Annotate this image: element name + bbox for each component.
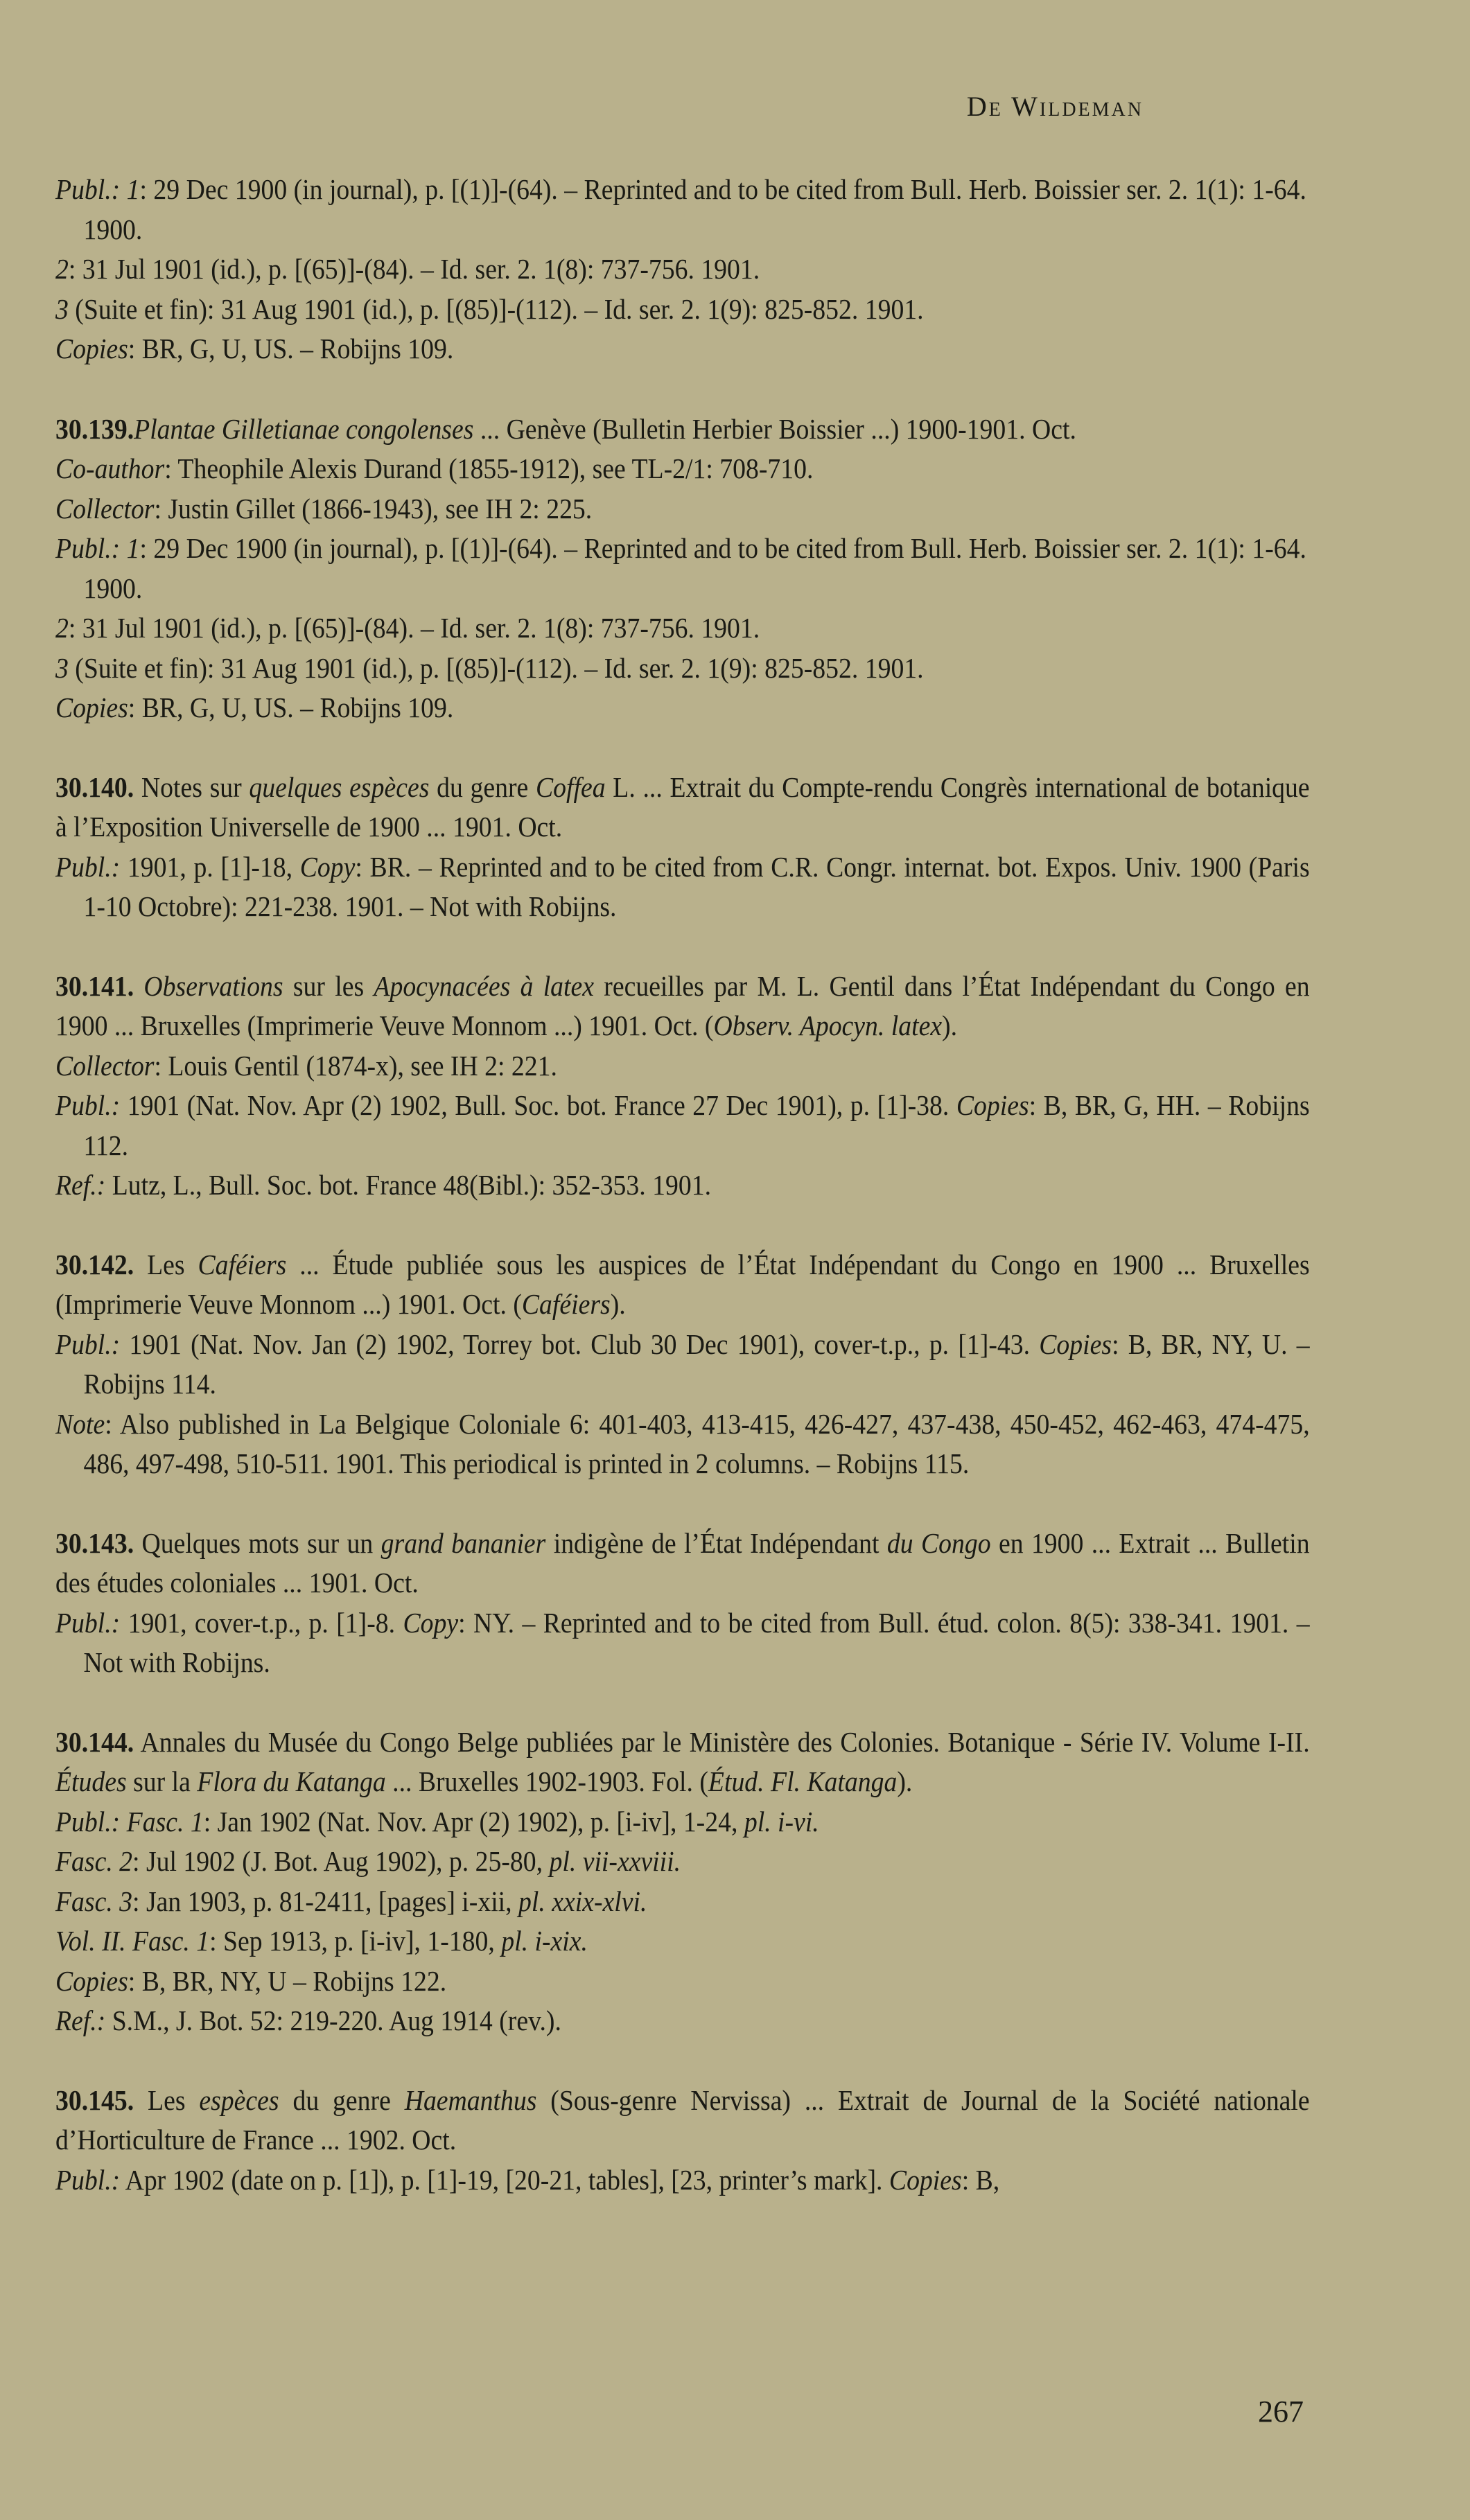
entry-title: 30.143. Quelques mots sur un grand banan… (55, 1524, 1310, 1603)
title-text: du genre (279, 2084, 405, 2116)
fasc-label: Fasc. 1 (127, 1806, 204, 1838)
entry-30-143: 30.143. Quelques mots sur un grand banan… (55, 1524, 1310, 1683)
collector-text: : Justin Gillet (1866-1943), see IH 2: 2… (154, 493, 592, 525)
entry-30-139: 30.139.Plantae Gilletianae congolenses .… (55, 409, 1310, 728)
publ-line-3: 3 (Suite et fin): 31 Aug 1901 (id.), p. … (55, 649, 1310, 689)
copies-label: Copies (956, 1089, 1029, 1121)
genus-italic: Haemanthus (405, 2084, 537, 2116)
title-text: Notes sur (134, 771, 249, 803)
publ-text: : 29 Dec 1900 (in journal), p. [(1)]-(64… (83, 173, 1306, 245)
publ-label: Publ.: (55, 2164, 120, 2196)
title-text: sur les (283, 970, 374, 1002)
copy-label: Copy (403, 1607, 458, 1639)
publ-text: : 31 Jul 1901 (id.), p. [(65)]-(84). – I… (69, 612, 760, 644)
fasc-text: : Jan 1902 (Nat. Nov. Apr (2) 1902), p. … (204, 1806, 744, 1838)
title-italic: quelques espèces (249, 771, 429, 803)
publ-text: (Suite et fin): 31 Aug 1901 (id.), p. [(… (69, 652, 924, 684)
note-label: Note (55, 1408, 105, 1440)
entry-number: 30.139. (55, 413, 134, 445)
coauthor-text: : Theophile Alexis Durand (1855-1912), s… (164, 452, 813, 484)
publ-line-3: 3 (Suite et fin): 31 Aug 1901 (id.), p. … (55, 290, 1310, 330)
publ-label: Publ.: (55, 532, 120, 564)
title-text: indigène de l’État Indépendant (545, 1527, 887, 1559)
vol-label: 1 (127, 173, 140, 205)
title-text: ). (611, 1288, 626, 1320)
ref-line: Ref.: Lutz, L., Bull. Soc. bot. France 4… (55, 1165, 1310, 1206)
title-text: sur la (127, 1765, 198, 1797)
plates-italic: pl. xxix-xlvi. (518, 1885, 647, 1917)
publ-text: Apr 1902 (date on p. [1]), p. [1]-19, [2… (120, 2164, 889, 2196)
copies-text: : BR, G, U, US. – Robijns 109. (128, 333, 453, 364)
entry-continuation: Publ.: 1: 29 Dec 1900 (in journal), p. [… (55, 170, 1310, 369)
copies-text: : B, BR, NY, U – Robijns 122. (128, 1965, 446, 1997)
publ-text: : B, (962, 2164, 1000, 2196)
entry-title: 30.139.Plantae Gilletianae congolenses .… (55, 409, 1310, 450)
copies-label: Copies (55, 333, 128, 364)
entry-title: 30.141. Observations sur les Apocynacées… (55, 967, 1310, 1046)
publ-line: Publ.: 1: 29 Dec 1900 (in journal), p. [… (55, 170, 1310, 249)
fasc-label: Fasc. 2 (55, 1845, 132, 1877)
collector-text: : Louis Gentil (1874-x), see IH 2: 221. (154, 1050, 557, 1082)
fasc2-line: Fasc. 2: Jul 1902 (J. Bot. Aug 1902), p.… (55, 1842, 1310, 1882)
vol-label: 2 (55, 612, 69, 644)
title-italic: Caféiers (198, 1249, 287, 1280)
ref-text: Lutz, L., Bull. Soc. bot. France 48(Bibl… (105, 1169, 711, 1201)
entry-30-145: 30.145. Les espèces du genre Haemanthus … (55, 2081, 1310, 2201)
title-text: ... Bruxelles 1902-1903. Fol. ( (386, 1765, 708, 1797)
publ-text: (Suite et fin): 31 Aug 1901 (id.), p. [(… (69, 293, 924, 325)
abbrev-italic: Caféiers (522, 1288, 611, 1320)
title-italic: espèces (199, 2084, 279, 2116)
title-italic: Apocynacées à latex (374, 970, 594, 1002)
copies-line: Copies: BR, G, U, US. – Robijns 109. (55, 329, 1310, 369)
copies-label: Copies (1039, 1328, 1112, 1360)
entry-number: 30.145. (55, 2084, 134, 2116)
collector-label: Collector (55, 1050, 154, 1082)
ref-text: S.M., J. Bot. 52: 219-220. Aug 1914 (rev… (105, 2004, 561, 2036)
vol-label: 2 (55, 253, 69, 285)
publ-text: 1901 (Nat. Nov. Apr (2) 1902, Bull. Soc.… (120, 1089, 956, 1121)
publ-line: Publ.: 1901 (Nat. Nov. Apr (2) 1902, Bul… (55, 1086, 1310, 1165)
vol2-line: Vol. II. Fasc. 1: Sep 1913, p. [i-iv], 1… (55, 1921, 1310, 1962)
ref-line: Ref.: S.M., J. Bot. 52: 219-220. Aug 191… (55, 2001, 1310, 2041)
title-text: Quelques mots sur un (134, 1527, 381, 1559)
publ-line: Publ.: Apr 1902 (date on p. [1]), p. [1]… (55, 2160, 1310, 2201)
copies-label: Copies (55, 691, 128, 723)
bibliography-content: Publ.: 1: 29 Dec 1900 (in journal), p. [… (55, 170, 1310, 2239)
vol-label: 3 (55, 652, 69, 684)
copies-label: Copies (889, 2164, 962, 2196)
publ-line: Publ.: 1: 29 Dec 1900 (in journal), p. [… (55, 529, 1310, 608)
publ-fasc1-line: Publ.: Fasc. 1: Jan 1902 (Nat. Nov. Apr … (55, 1802, 1310, 1842)
ref-label: Ref.: (55, 1169, 105, 1201)
publ-label: Publ.: (55, 1089, 120, 1121)
copy-label: Copy (300, 851, 356, 883)
title-italic: grand bananier (381, 1527, 546, 1559)
vol-label: 3 (55, 293, 69, 325)
title-italic: Plantae Gilletianae congolenses (134, 413, 473, 445)
title-text: ). (897, 1765, 912, 1797)
title-italic: Flora du Katanga (197, 1765, 385, 1797)
publ-line: Publ.: 1901, p. [1]-18, Copy: BR. – Repr… (55, 847, 1310, 927)
publ-label: Publ.: (55, 1607, 120, 1639)
vol-label: Vol. II. Fasc. 1 (55, 1925, 209, 1957)
fasc-label: Fasc. 3 (55, 1885, 132, 1917)
publ-label: Publ.: (55, 851, 120, 883)
title-text: ). (942, 1010, 957, 1041)
title-text: Les (134, 2084, 199, 2116)
entry-number: 30.140. (55, 771, 134, 803)
abbrev-italic: Étud. Fl. Katanga (708, 1765, 897, 1797)
collector-line: Collector: Louis Gentil (1874-x), see IH… (55, 1046, 1310, 1086)
collector-line: Collector: Justin Gillet (1866-1943), se… (55, 489, 1310, 529)
entry-30-144: 30.144. Annales du Musée du Congo Belge … (55, 1722, 1310, 2041)
publ-text: : 29 Dec 1900 (in journal), p. [(1)]-(64… (83, 532, 1306, 604)
plates-italic: pl. i-vi. (744, 1806, 819, 1838)
title-italic: Études (55, 1765, 127, 1797)
collector-label: Collector (55, 493, 154, 525)
copies-line: Copies: B, BR, NY, U – Robijns 122. (55, 1962, 1310, 2002)
title-text: Annales du Musée du Congo Belge publiées… (134, 1726, 1309, 1758)
note-text: : Also published in La Belgique Colonial… (83, 1408, 1309, 1480)
publ-label: Publ.: (55, 1806, 120, 1838)
title-text: du genre (429, 771, 536, 803)
fasc-text: : Jul 1902 (J. Bot. Aug 1902), p. 25-80, (132, 1845, 549, 1877)
publ-text: : 31 Jul 1901 (id.), p. [(65)]-(84). – I… (69, 253, 760, 285)
vol-text: : Sep 1913, p. [i-iv], 1-180, (209, 1925, 501, 1957)
fasc-text: : Jan 1903, p. 81-2411, [pages] i-xii, (132, 1885, 518, 1917)
publ-label: Publ.: (55, 173, 120, 205)
publ-line-2: 2: 31 Jul 1901 (id.), p. [(65)]-(84). – … (55, 249, 1310, 290)
title-text: ... Genève (Bulletin Herbier Boissier ..… (473, 413, 1076, 445)
vol-label: 1 (127, 532, 140, 564)
coauthor-line: Co-author: Theophile Alexis Durand (1855… (55, 449, 1310, 489)
publ-text: 1901, p. [1]-18, (120, 851, 300, 883)
abbrev-italic: Observ. Apocyn. latex (713, 1010, 942, 1041)
entry-title: 30.145. Les espèces du genre Haemanthus … (55, 2081, 1310, 2160)
publ-text: 1901 (Nat. Nov. Jan (2) 1902, Torrey bot… (120, 1328, 1039, 1360)
title-text: Les (134, 1249, 198, 1280)
publ-line-2: 2: 31 Jul 1901 (id.), p. [(65)]-(84). – … (55, 608, 1310, 649)
ref-label: Ref.: (55, 2004, 105, 2036)
publ-line: Publ.: 1901 (Nat. Nov. Jan (2) 1902, Tor… (55, 1325, 1310, 1404)
publ-line: Publ.: 1901, cover-t.p., p. [1]-8. Copy:… (55, 1603, 1310, 1683)
copies-line: Copies: BR, G, U, US. – Robijns 109. (55, 688, 1310, 728)
entry-30-140: 30.140. Notes sur quelques espèces du ge… (55, 768, 1310, 927)
entry-number: 30.144. (55, 1726, 134, 1758)
entry-30-141: 30.141. Observations sur les Apocynacées… (55, 967, 1310, 1206)
copies-label: Copies (55, 1965, 128, 1997)
title-italic: Observations (143, 970, 283, 1002)
plates-italic: pl. vii-xxviii. (549, 1845, 681, 1877)
entry-number: 30.141. (55, 970, 134, 1002)
entry-title: 30.142. Les Caféiers ... Étude publiée s… (55, 1245, 1310, 1325)
running-head: De Wildeman (967, 90, 1144, 123)
note-line: Note: Also published in La Belgique Colo… (55, 1404, 1310, 1484)
publ-label: Publ.: (55, 1328, 120, 1360)
plates-italic: pl. i-xix. (501, 1925, 588, 1957)
entry-number: 30.143. (55, 1527, 134, 1559)
publ-text: 1901, cover-t.p., p. [1]-8. (120, 1607, 403, 1639)
genus-italic: Coffea (536, 771, 606, 803)
entry-title: 30.144. Annales du Musée du Congo Belge … (55, 1722, 1310, 1802)
title-italic: du Congo (887, 1527, 991, 1559)
entry-title: 30.140. Notes sur quelques espèces du ge… (55, 768, 1310, 847)
entry-30-142: 30.142. Les Caféiers ... Étude publiée s… (55, 1245, 1310, 1484)
copies-text: : BR, G, U, US. – Robijns 109. (128, 691, 453, 723)
page-number: 267 (1258, 2394, 1304, 2429)
fasc3-line: Fasc. 3: Jan 1903, p. 81-2411, [pages] i… (55, 1882, 1310, 1922)
coauthor-label: Co-author (55, 452, 164, 484)
entry-number: 30.142. (55, 1249, 134, 1280)
